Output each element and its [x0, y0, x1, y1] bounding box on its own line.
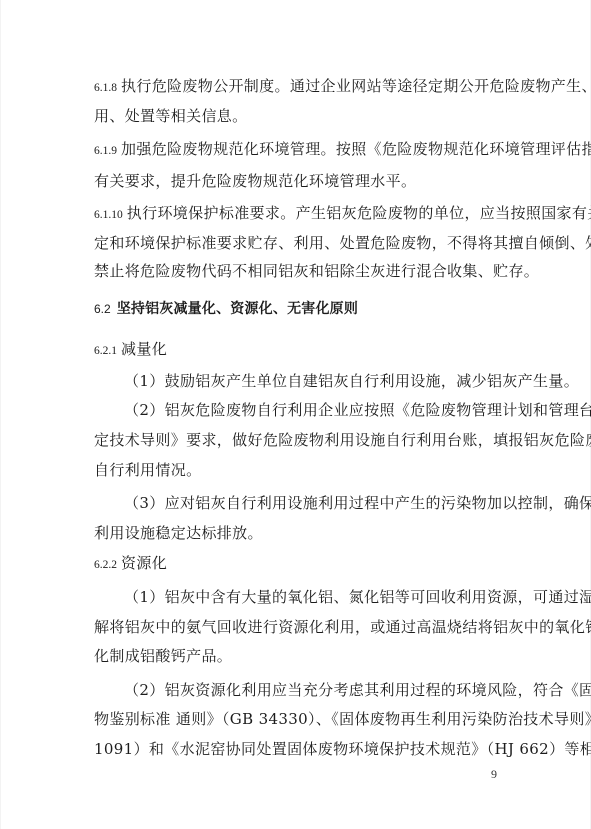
list-item-2: （2）铝灰危险废物自行利用企业应按照《危险废物管理计划和管理台账制 [124, 401, 504, 419]
paragraph-line: 用、处置等相关信息。 [94, 107, 504, 125]
paragraph-text: 1091）和《水泥窑协同处置固体废物环境保护技术规范》（HJ 662）等相关技 [94, 740, 591, 758]
section-title: 坚持铝灰减量化、资源化、无害化原则 [117, 301, 358, 317]
list-item-2: （2）铝灰资源化利用应当充分考虑其利用过程的环境风险，符合《固体废 [124, 681, 504, 699]
paragraph-text: （2）铝灰危险废物自行利用企业应按照《危险废物管理计划和管理台账制 [124, 401, 591, 419]
paragraph-line: 定技术导则》要求，做好危险废物利用设施自行利用台账，填报铝灰危险废物 [94, 431, 504, 449]
list-item-1: （1）铝灰中含有大量的氧化铝、氮化铝等可回收利用资源，可通过湿法水 [124, 588, 504, 606]
clause-text: 执行环境保护标准要求。产生铝灰危险废物的单位，应当按照国家有关规 [127, 204, 591, 222]
paragraph-line: 解将铝灰中的氨气回收进行资源化利用，或通过高温烧结将铝灰中的氧化铝转 [94, 618, 504, 636]
paragraph-text: 禁止将危险废物代码不相同铝灰和铝除尘灰进行混合收集、贮存。 [94, 262, 539, 280]
paragraph-text: 定技术导则》要求，做好危险废物利用设施自行利用台账，填报铝灰危险废物 [94, 431, 591, 449]
paragraph-text: 定和环境保护标准要求贮存、利用、处置危险废物，不得将其擅自倾倒、处置； [94, 234, 591, 252]
paragraph-line: 定和环境保护标准要求贮存、利用、处置危险废物，不得将其擅自倾倒、处置； [94, 234, 504, 252]
paragraph-line: 自行利用情况。 [94, 461, 504, 479]
paragraph-line: 化制成铝酸钙产品。 [94, 647, 504, 665]
clause-number: 6.1.8 [94, 82, 117, 94]
paragraph-text: 物鉴别标准 通则》（GB 34330）、《固体废物再生利用污染防治技术导则》（H… [94, 710, 591, 728]
list-item-3: （3）应对铝灰自行利用设施利用过程中产生的污染物加以控制，确保铝灰 [124, 494, 504, 512]
paragraph-text: （2）铝灰资源化利用应当充分考虑其利用过程的环境风险，符合《固体废 [124, 681, 591, 699]
subsection-heading-6-2-1: 6.2.1减量化 [94, 340, 504, 360]
document-page: 6.1.8执行危险废物公开制度。通过企业网站等途径定期公开危险废物产生、利 用、… [0, 0, 591, 829]
clause-6-1-10: 6.1.10执行环境保护标准要求。产生铝灰危险废物的单位，应当按照国家有关规 [94, 204, 504, 224]
paragraph-text: （3）应对铝灰自行利用设施利用过程中产生的污染物加以控制，确保铝灰 [124, 494, 591, 512]
paragraph-text: （1）鼓励铝灰产生单位自建铝灰自行利用设施，减少铝灰产生量。 [124, 372, 579, 390]
paragraph-text: 有关要求，提升危险废物规范化环境管理水平。 [94, 172, 416, 190]
paragraph-line: 禁止将危险废物代码不相同铝灰和铝除尘灰进行混合收集、贮存。 [94, 262, 504, 280]
clause-6-1-9: 6.1.9加强危险废物规范化环境管理。按照《危险废物规范化环境管理评估指标》 [94, 140, 504, 160]
subsection-number: 6.2.2 [94, 559, 117, 571]
subsection-heading-6-2-2: 6.2.2资源化 [94, 554, 504, 574]
clause-text: 执行危险废物公开制度。通过企业网站等途径定期公开危险废物产生、利 [121, 77, 591, 95]
paragraph-text: 化制成铝酸钙产品。 [94, 647, 232, 665]
paragraph-text: 自行利用情况。 [94, 461, 201, 479]
paragraph-line: 利用设施稳定达标排放。 [94, 524, 504, 542]
clause-text: 加强危险废物规范化环境管理。按照《危险废物规范化环境管理评估指标》 [121, 140, 591, 158]
paragraph-line: 1091）和《水泥窑协同处置固体废物环境保护技术规范》（HJ 662）等相关技 [94, 740, 504, 758]
clause-number: 6.1.10 [94, 209, 123, 221]
section-number: 6.2 [94, 302, 111, 316]
subsection-title: 资源化 [121, 554, 167, 572]
paragraph-text: （1）铝灰中含有大量的氧化铝、氮化铝等可回收利用资源，可通过湿法水 [124, 588, 591, 606]
clause-number: 6.1.9 [94, 145, 117, 157]
page-number: 9 [491, 767, 497, 782]
clause-6-1-8: 6.1.8执行危险废物公开制度。通过企业网站等途径定期公开危险废物产生、利 [94, 77, 504, 97]
section-heading-6-2: 6.2坚持铝灰减量化、资源化、无害化原则 [94, 300, 504, 318]
paragraph-text: 利用设施稳定达标排放。 [94, 524, 263, 542]
subsection-title: 减量化 [121, 340, 167, 358]
paragraph-line: 有关要求，提升危险废物规范化环境管理水平。 [94, 172, 504, 190]
subsection-number: 6.2.1 [94, 345, 117, 357]
list-item-1: （1）鼓励铝灰产生单位自建铝灰自行利用设施，减少铝灰产生量。 [124, 372, 504, 390]
paragraph-text: 解将铝灰中的氨气回收进行资源化利用，或通过高温烧结将铝灰中的氧化铝转 [94, 618, 591, 636]
paragraph-line: 物鉴别标准 通则》（GB 34330）、《固体废物再生利用污染防治技术导则》（H… [94, 710, 504, 728]
paragraph-text: 用、处置等相关信息。 [94, 107, 248, 125]
